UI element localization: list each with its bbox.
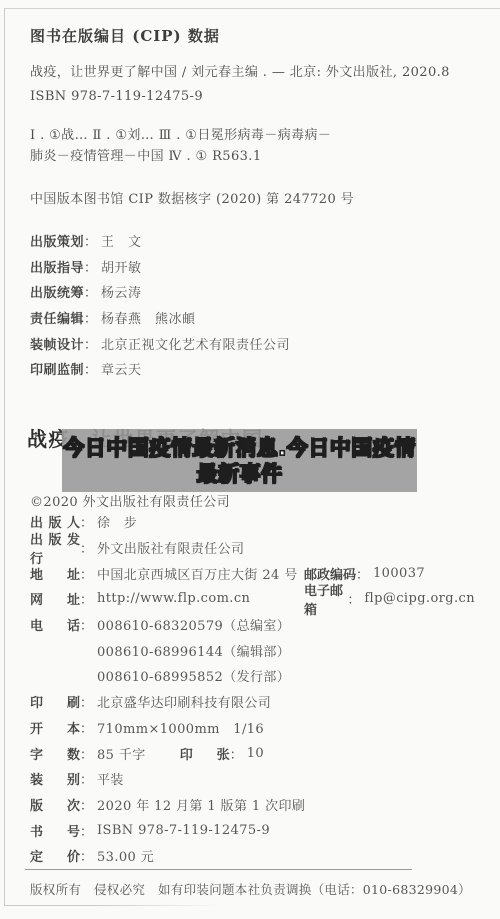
colophon-row: 定价：53.00 元 — [30, 843, 475, 869]
colophon-value: 710mm×1000mm 1/16 — [97, 718, 264, 737]
colon: ： — [80, 795, 97, 814]
phone-number: 008610-68995852（发行部） — [97, 666, 290, 685]
colophon-label: 印张 — [180, 744, 230, 763]
colon: ： — [80, 769, 97, 788]
colophon-row: 字数：85 千字 印张：10 — [30, 740, 475, 766]
watermark-line-1: 今日中国疫情最新消息.今日中国疫情 — [63, 435, 415, 461]
credit-value: 杨春燕 熊冰頔 — [101, 308, 196, 327]
colophon-row: 008610-68996144（编辑部） — [30, 637, 475, 663]
colon: ： — [84, 334, 97, 353]
cip-registry-number: 中国版本图书馆 CIP 数据核字 (2020) 第 247720 号 — [30, 188, 354, 207]
classification-line-1: Ⅰ . ①战… Ⅱ . ①刘… Ⅲ . ①日冕形病毒－病毒病－ — [30, 126, 331, 147]
colophon-value: 10 — [247, 746, 264, 761]
colon: ： — [80, 538, 97, 557]
phone-number: 008610-68996144（编辑部） — [97, 641, 290, 660]
colon: ： — [80, 821, 97, 840]
credit-value: 王 文 — [101, 231, 142, 250]
colon: ： — [80, 692, 97, 711]
colophon-label: 字数 — [30, 744, 80, 763]
colophon-label: 电话 — [30, 615, 80, 634]
colon: ： — [80, 564, 97, 583]
colon: ： — [347, 589, 364, 608]
credit-row: 责任编辑：杨春燕 熊冰頔 — [30, 305, 290, 331]
colon: ： — [80, 846, 97, 865]
book-number: ISBN 978-7-119-12475-9 — [97, 823, 270, 838]
colophon-row: 电话：008610-68320579（总编室） — [30, 612, 475, 638]
cip-header: 图书在版编目 (CIP) 数据 — [30, 25, 220, 46]
colophon-value: 北京盛华达印刷科技有限公司 — [97, 692, 271, 711]
colon: ： — [80, 615, 97, 634]
credit-label: 出版指导 — [30, 257, 84, 276]
credit-row: 出版统筹：杨云涛 — [30, 279, 290, 305]
colon: ： — [80, 718, 97, 737]
colophon-value: 平装 — [97, 769, 124, 788]
credit-row: 出版指导：胡开敏 — [30, 254, 290, 280]
colon: ： — [84, 308, 97, 327]
credit-value: 北京正视文化艺术有限责任公司 — [101, 334, 290, 353]
cip-description: 战疫，让世界更了解中国 / 刘元春主编 . — 北京: 外文出版社, 2020.… — [30, 61, 450, 108]
colophon-row: 008610-68995852（发行部） — [30, 663, 475, 689]
colon: ： — [80, 512, 97, 531]
colophon-label: 书号 — [30, 821, 80, 840]
colophon-label: 网址 — [30, 589, 80, 608]
colon: ： — [84, 359, 97, 378]
colon: ： — [84, 282, 97, 301]
credit-label: 装帧设计 — [30, 334, 84, 353]
credit-label: 出版统筹 — [30, 282, 84, 301]
colophon-label: 开本 — [30, 718, 80, 737]
credits-list: 出版策划：王 文 出版指导：胡开敏 出版统筹：杨云涛 责任编辑：杨春燕 熊冰頔 … — [30, 228, 290, 382]
colophon-label: 定价 — [30, 846, 80, 865]
page-edge-bottom — [4, 905, 224, 906]
colophon-list: 出版人：徐 步 出版发行：外文出版社有限责任公司 地址：中国北京西城区百万庄大街… — [30, 509, 475, 869]
colophon-value: 徐 步 — [97, 512, 137, 531]
colon: ： — [84, 257, 97, 276]
legal-divider-line — [25, 869, 412, 870]
credit-label: 责任编辑 — [30, 308, 84, 327]
credit-value: 杨云涛 — [101, 282, 142, 301]
colophon-label: 地址 — [30, 564, 80, 583]
classification-line-2: 肺炎－疫情管理－中国 Ⅳ . ① R563.1 — [30, 147, 331, 168]
credit-value: 章云天 — [101, 359, 142, 378]
copyright-page: 图书在版编目 (CIP) 数据 战疫，让世界更了解中国 / 刘元春主编 . — … — [0, 0, 500, 919]
colophon-value: 100037 — [373, 566, 425, 581]
isbn-line: ISBN 978-7-119-12475-9 — [30, 85, 450, 109]
legal-notice: 版权所有 侵权必究 如有印装问题本社负责调换（电话：010-68329904） — [30, 880, 471, 898]
page-edge-top — [4, 8, 500, 9]
watermark-line-2: 最新事件 — [197, 461, 283, 487]
colophon-label: 版次 — [30, 795, 80, 814]
colophon-value: 外文出版社有限责任公司 — [97, 538, 244, 557]
price-value: 53.00 元 — [97, 846, 154, 865]
watermark-banner: 今日中国疫情最新消息.今日中国疫情 最新事件 — [62, 429, 417, 492]
colon: ： — [80, 744, 97, 763]
colophon-row: 版次：2020 年 12 月第 1 版第 1 次印刷 — [30, 792, 475, 818]
colophon-row: 出版人：徐 步 — [30, 509, 475, 535]
website-url: http://www.flp.com.cn — [97, 591, 250, 606]
cip-classification: Ⅰ . ①战… Ⅱ . ①刘… Ⅲ . ①日冕形病毒－病毒病－ 肺炎－疫情管理－… — [30, 126, 331, 167]
colon: ： — [80, 589, 97, 608]
page-edge-left — [4, 8, 5, 905]
cip-title-line: 战疫，让世界更了解中国 / 刘元春主编 . — 北京: 外文出版社, 2020.… — [30, 61, 450, 85]
colophon-label: 装别 — [30, 769, 80, 788]
colophon-value: 2020 年 12 月第 1 版第 1 次印刷 — [97, 795, 305, 814]
colophon-label: 印刷 — [30, 692, 80, 711]
credit-row: 装帧设计：北京正视文化艺术有限责任公司 — [30, 330, 290, 356]
colophon-value: 85 千字 — [97, 744, 146, 763]
colon: ： — [230, 744, 247, 763]
colon: ： — [84, 231, 97, 250]
credit-row: 出版策划：王 文 — [30, 228, 290, 254]
credit-label: 出版策划 — [30, 231, 84, 250]
credit-value: 胡开敏 — [101, 257, 142, 276]
colophon-row: 开本：710mm×1000mm 1/16 — [30, 715, 475, 741]
colophon-value: 中国北京西城区百万庄大街 24 号 — [97, 564, 298, 583]
phone-number: 008610-68320579（总编室） — [97, 615, 290, 634]
email-address: flp@cipg.org.cn — [364, 591, 475, 606]
copyright-notice: ©2020 外文出版社有限责任公司 — [30, 491, 230, 510]
colophon-row: 书号：ISBN 978-7-119-12475-9 — [30, 817, 475, 843]
colophon-row: 装别：平装 — [30, 766, 475, 792]
credit-row: 印刷监制：章云天 — [30, 356, 290, 382]
colophon-row: 网址：http://www.flp.com.cn 电子邮箱：flp@cipg.o… — [30, 586, 475, 612]
colophon-row: 出版发行：外文出版社有限责任公司 — [30, 535, 475, 561]
credit-label: 印刷监制 — [30, 359, 84, 378]
colophon-row: 印刷：北京盛华达印刷科技有限公司 — [30, 689, 475, 715]
